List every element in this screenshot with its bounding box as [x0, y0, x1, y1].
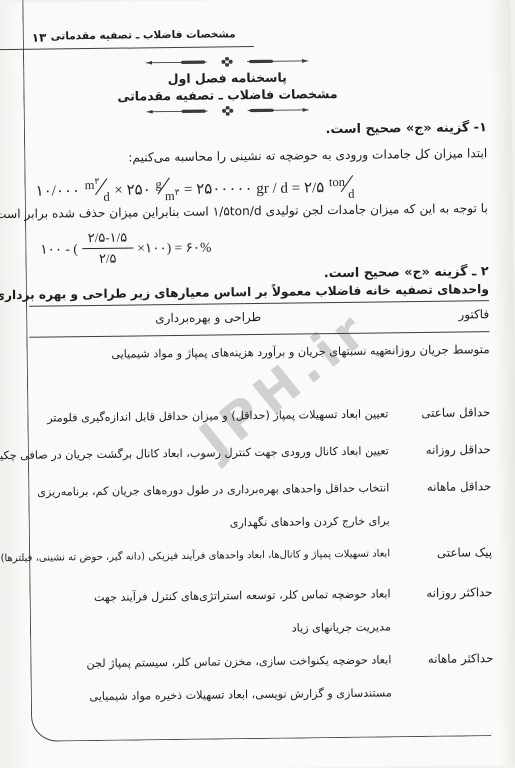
equals-sign: =: [184, 182, 193, 198]
page-number: ۱۳: [32, 31, 47, 45]
formula-solids-load: ۱۰/۰۰۰ m۳⁄d × ۲۵۰ g⁄m۳ = ۲۵۰۰۰۰۰ gr / d …: [35, 171, 355, 203]
factor-cell: حداقل ماهانه: [389, 470, 491, 504]
formula-prefix: ۱۰۰ - (: [40, 241, 78, 257]
title-line-1: پاسخنامه فصل اول: [112, 69, 342, 87]
design-cell: انتخاب حداقل واحدهای بهره‌برداری در طول …: [31, 471, 390, 541]
ornament-divider-icon: [145, 55, 309, 68]
design-cell: تهیه نسبتهای جریان و برآورد هزینه‌های پم…: [29, 334, 387, 371]
formula-suffix: ×۱۰۰) = ۶۰%: [137, 239, 211, 256]
scanned-page: JPH.ir ۱۳ مشخصات فاضلاب ـ تصفیه مقدماتی …: [0, 0, 515, 768]
table-row: حداقل ماهانه انتخاب حداقل واحدهای بهره‌ب…: [31, 470, 492, 542]
column-header-factor: فاکتور: [387, 307, 489, 322]
unit-fraction-m3-d: m۳⁄d: [85, 174, 110, 202]
design-cell: ابعاد حوضچه یکنواخت سازی، مخزن تماس کلر،…: [33, 643, 392, 713]
formula-coefficient: ۲۵۰: [126, 182, 150, 198]
unit-fraction-ton-d: ton⁄d: [329, 171, 355, 199]
unit-fraction-g-m3: g⁄m۳: [155, 173, 179, 201]
design-cell: تعیین ابعاد کانال ورودی جهت کنترل رسوب، …: [0, 434, 389, 472]
factor-cell: حداکثر روزانه: [390, 576, 492, 610]
title-block: پاسخنامه فصل اول مشخصات فاضلاب ـ تصفیه م…: [112, 55, 343, 118]
factor-cell: پیک ساعتی: [390, 536, 492, 570]
table-row: پیک ساعتی ابعاد تسهیلات پمپاژ و کانال‌ها…: [32, 536, 492, 575]
multiply-sign: ×: [114, 183, 123, 199]
factor-cell: متوسط جریان روزانه: [387, 333, 489, 367]
table-row: حداقل ساعتی تعیین ابعاد تسهیلات پمپاژ (ح…: [30, 396, 490, 435]
factor-cell: حداکثر ماهانه: [391, 642, 493, 676]
table-row: حداکثر ماهانه ابعاد حوضچه یکنواخت سازی، …: [33, 642, 494, 714]
unit-gr-d: gr / d: [256, 181, 288, 197]
ornament-divider-icon: [146, 104, 310, 117]
factor-cell: حداقل ساعتی: [388, 396, 490, 430]
equals-sign: =: [292, 180, 301, 196]
formula-result: ۲/۵: [304, 180, 324, 196]
note-text: با توجه به این که میزان جامدات لجن تولید…: [265, 201, 488, 218]
design-cell: ابعاد تسهیلات پمپاژ و کانال‌ها، ابعاد وا…: [0, 537, 390, 575]
title-line-2: مشخصات فاضلاب ـ تصفیه مقدماتی: [112, 86, 342, 104]
formula-removal-percent: ۱۰۰ - ( ۲/۵-۱/۵ ۲/۵ ×۱۰۰) = ۶۰%: [40, 229, 211, 268]
fraction-numerator: ۲/۵-۱/۵: [82, 230, 134, 250]
table-row: حداکثر روزانه ابعاد حوضچه تماس کلر، توسع…: [32, 576, 493, 648]
formula-result: ۲۵۰۰۰۰۰: [196, 181, 253, 198]
fraction-denominator: ۲/۵: [82, 249, 134, 268]
table-row: حداقل روزانه تعیین ابعاد کانال ورودی جهت…: [31, 433, 491, 472]
design-cell: ابعاد حوضچه تماس کلر، توسعه استراتژی‌های…: [32, 577, 391, 647]
note-text: است بنابراین میزان حذف شده برابر است با:: [0, 205, 209, 222]
stacked-fraction: ۲/۵-۱/۵ ۲/۵: [82, 230, 134, 268]
sludge-rate-value: ۱/۵ton/d: [213, 204, 262, 219]
table-row: متوسط جریان روزانه تهیه نسبتهای جریان و …: [29, 333, 489, 372]
formula-coefficient: ۱۰/۰۰۰: [36, 183, 81, 200]
running-title: مشخصات فاضلاب ـ تصفیه مقدماتی: [51, 28, 251, 42]
factor-cell: حداقل روزانه: [389, 433, 491, 467]
design-cell: تعیین ابعاد تسهیلات پمپاژ (حداقل) و میزا…: [30, 397, 388, 434]
criteria-table-body: متوسط جریان روزانه تهیه نسبتهای جریان و …: [29, 333, 494, 714]
